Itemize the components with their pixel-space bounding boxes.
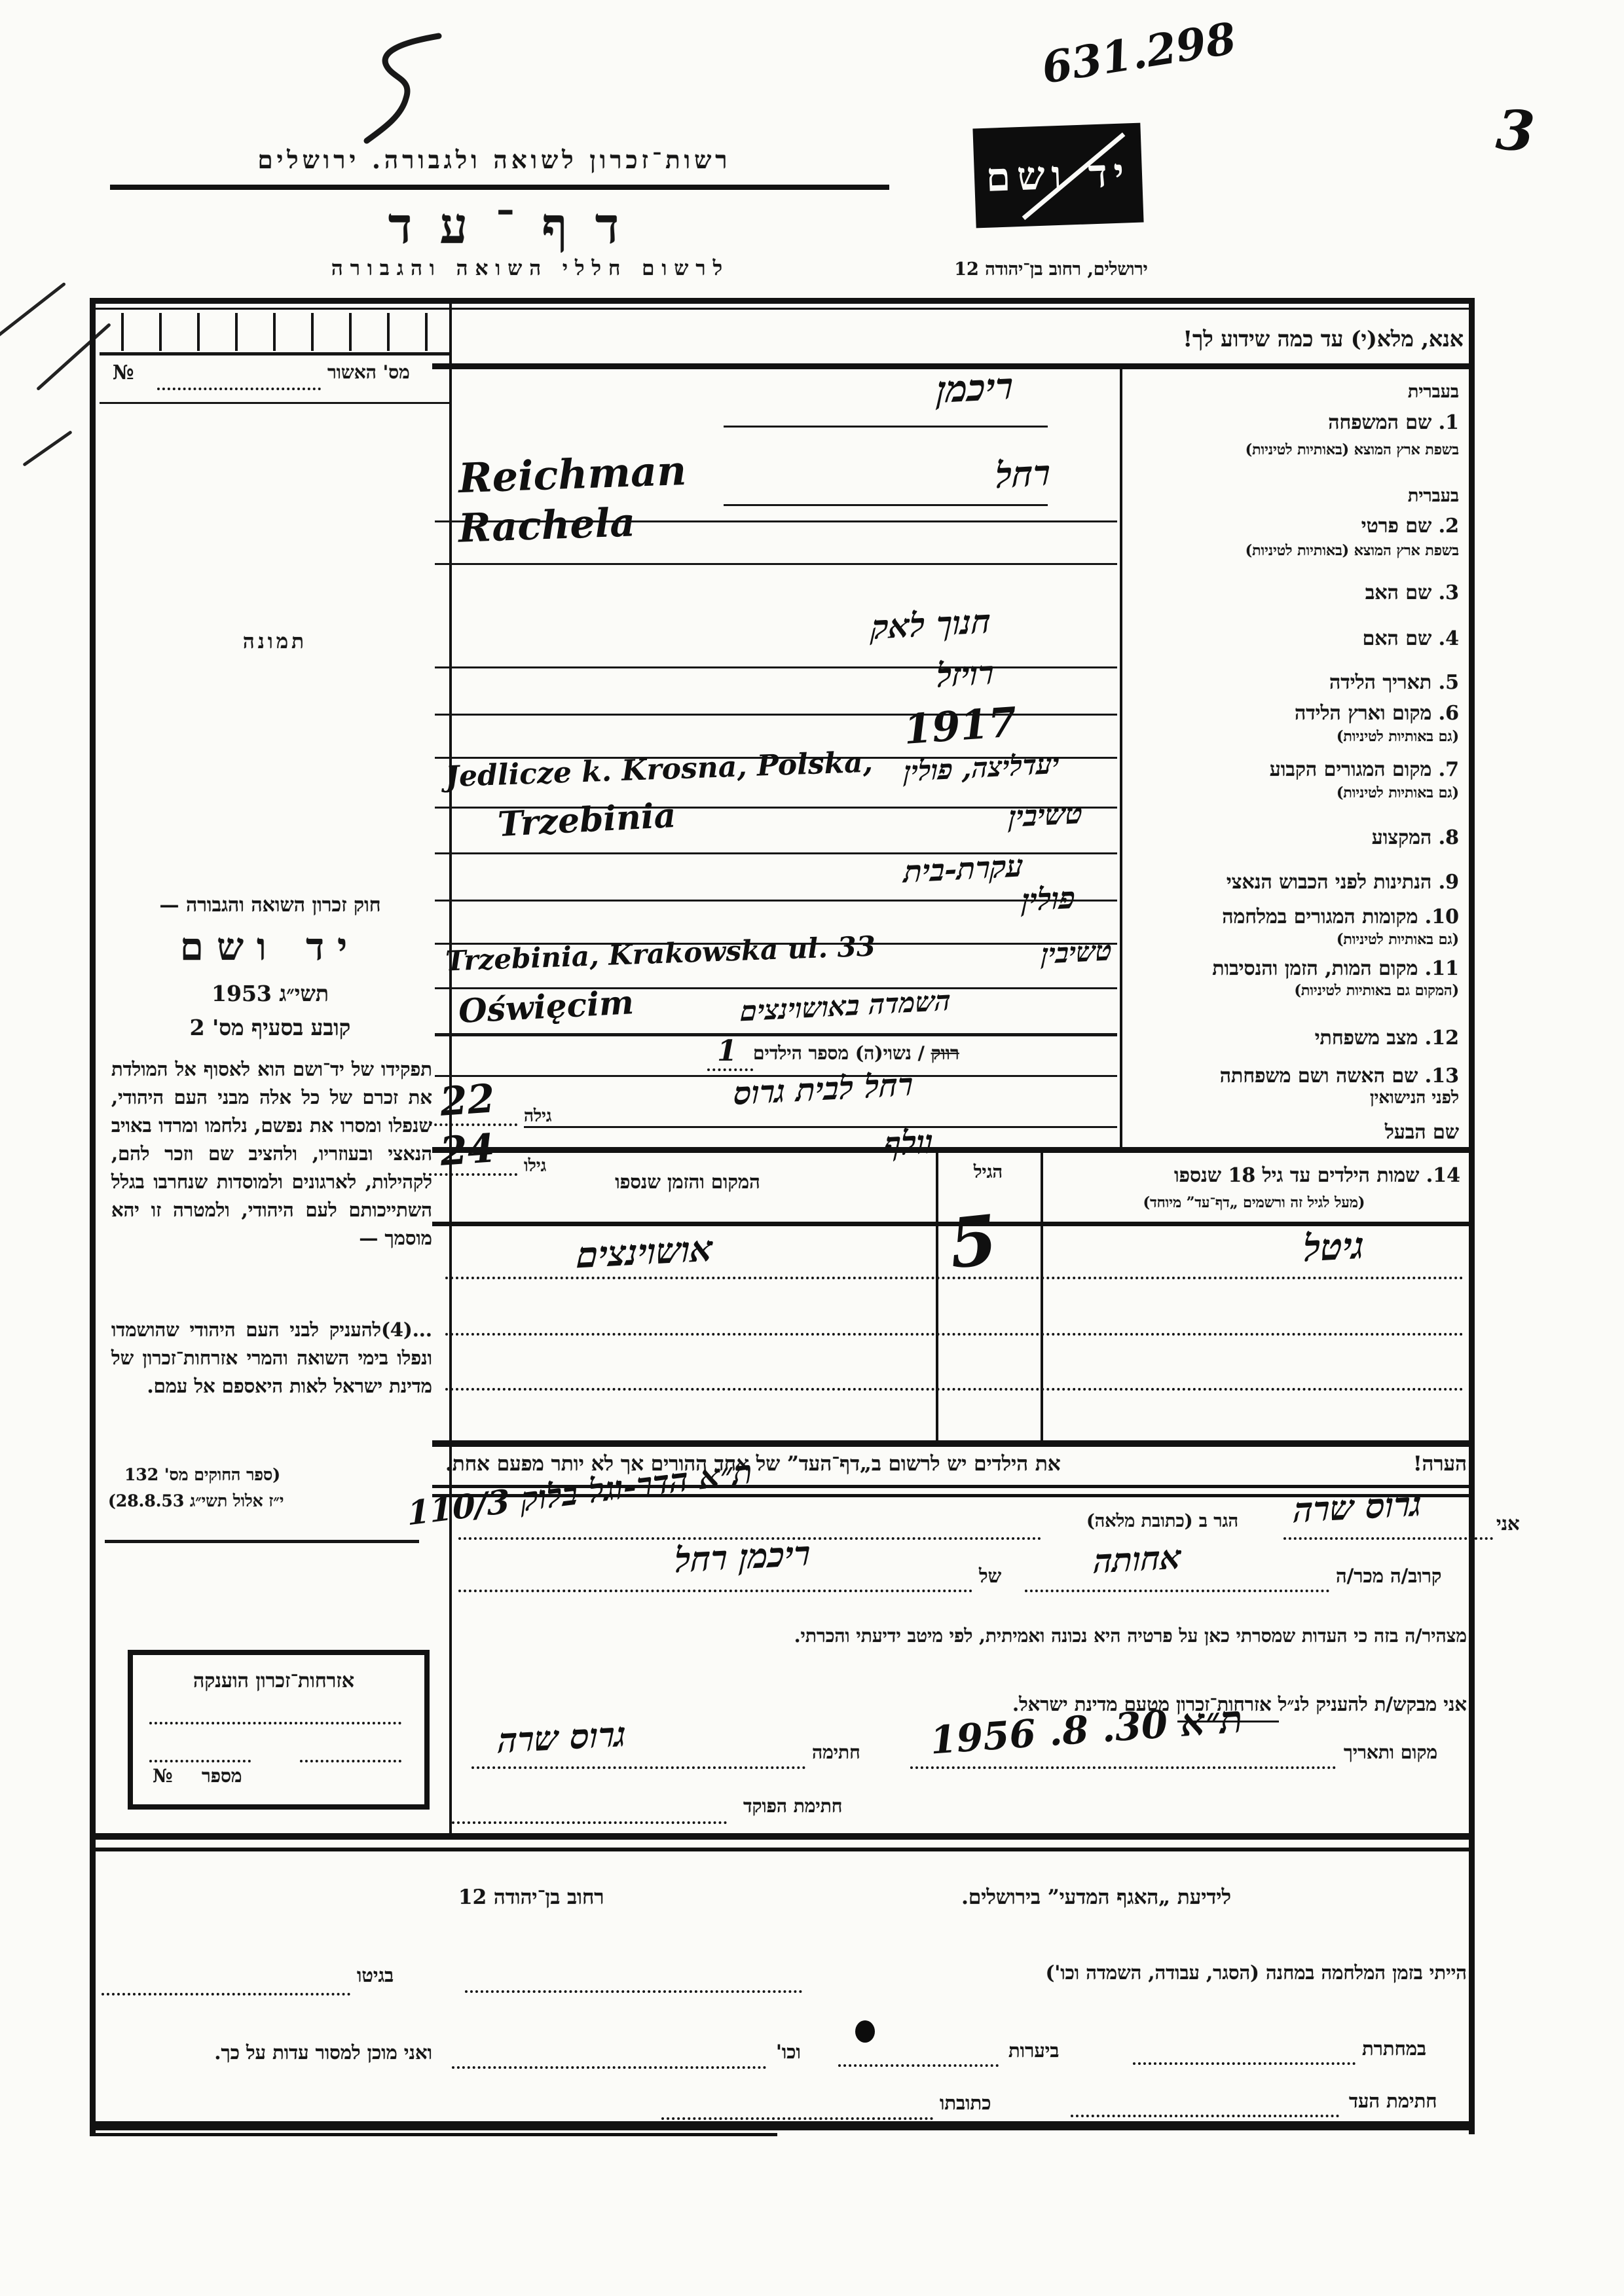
form-title: דף־עד xyxy=(314,196,720,255)
family-name-latin-handwriting: Reichman xyxy=(458,446,688,502)
children-table-bottom-rule xyxy=(432,1440,1473,1447)
marital-married-option: נשוי(ה) xyxy=(855,1042,912,1064)
declarant-name-blank xyxy=(1283,1537,1493,1540)
scientific-branch-info: לידיעת „האגף המדעי” בירושלים. רחוב בן־יה… xyxy=(458,1886,1231,1909)
field3-label: 3. שם האב xyxy=(1124,581,1459,604)
wartime-residence-latin-handwriting: Trzebinia, Krakowska ul. 33 xyxy=(445,930,876,977)
authority-name: רשות־זכרון לשואה ולגבורה. ירושלים xyxy=(144,145,845,175)
wife-name-handwriting: רחל לבית גרוס xyxy=(733,1066,914,1113)
left-column-divider xyxy=(449,298,452,1836)
box-border-bottom xyxy=(90,2121,1475,2130)
wartime-residence-hebrew-handwriting: טשיבין xyxy=(1041,934,1113,971)
citizenship-blank-3 xyxy=(300,1760,401,1762)
age-column-header: הגיל xyxy=(936,1162,1041,1182)
witness-signature-label: חתימת העד xyxy=(1349,2090,1437,2113)
witness-underground-label: במחתרת xyxy=(1362,2037,1426,2060)
citizenship-handwriting: פולין xyxy=(1021,880,1077,919)
marital-slash: / xyxy=(918,1042,925,1064)
number-comb xyxy=(121,313,429,351)
birth-year-handwriting: 1917 xyxy=(902,698,1018,754)
relation-label: קרוב/ה מכר/ה xyxy=(1336,1565,1441,1588)
field11-sublabel: (המקום גם באותיות לטיניות) xyxy=(1124,982,1459,999)
first-name-latin-handwriting: Rachela xyxy=(458,500,636,551)
field4-label: 4. שם האם xyxy=(1124,627,1459,650)
field2-label: 2. שם פרטי xyxy=(1124,515,1459,538)
profession-handwriting: עקרת-בית xyxy=(903,848,1024,890)
box-border-top xyxy=(90,298,1475,304)
form-subtitle: לרשום חללי השואה והגבורה xyxy=(236,257,825,280)
witness-address-label: כתובתו xyxy=(940,2092,991,2115)
family-name-hebrew-handwriting: ריכמן xyxy=(935,365,1014,412)
law-source-line-2: י״ז אלול תשי״ג 28.8.53) xyxy=(108,1491,284,1511)
mother-name-handwriting: רויזל xyxy=(936,653,995,695)
death-place-latin-handwriting: Oświęcim xyxy=(458,983,635,1030)
rule-f3 xyxy=(435,666,1117,668)
field1-label: 1. שם המשפחה xyxy=(1124,411,1459,434)
children-table-top-rule xyxy=(432,1147,1473,1153)
field10-label: 10. מקומות המגורים במלחמה xyxy=(1124,905,1459,928)
rule-f13 xyxy=(524,1126,1117,1128)
of-label: של xyxy=(979,1565,1001,1588)
victim-name-handwriting: ריכמן רחל xyxy=(674,1533,811,1580)
official-signature-label: חתימת הפוקד xyxy=(743,1795,842,1817)
children-count-handwriting: 1 xyxy=(717,1034,737,1068)
field13-label: 13. שם האשה ושם משפחתה xyxy=(1124,1065,1459,1087)
law-title: חוק זכרון השואה והגבורה — xyxy=(108,894,432,917)
witness-signature-blank xyxy=(1071,2115,1339,2117)
field7-label: 7. מקום המגורים הקבוע xyxy=(1124,758,1459,781)
rule-f1-hebrew xyxy=(724,426,1048,428)
field6-label: 6. מקום וארץ הלידה xyxy=(1124,702,1459,725)
testimony-page-scan: 631.298 3 רשות־זכרון לשואה ולגבורה. ירוש… xyxy=(0,0,1624,2296)
approval-number-label: מס' האשור xyxy=(327,361,410,384)
witness-ghetto-blank xyxy=(101,1993,350,1995)
field7-sublabel: (גם באותיות לטיניות) xyxy=(1124,784,1459,801)
page-number-handwriting: 3 xyxy=(1494,97,1537,164)
wife-age-label: גילה xyxy=(524,1106,552,1126)
rule-f11 xyxy=(435,1033,1117,1036)
rule-f8 xyxy=(435,900,1117,902)
declarant-name-handwriting: גרוס שרה xyxy=(1293,1484,1423,1531)
margin-scribble xyxy=(0,282,66,354)
law-logo-text: יד ושם xyxy=(108,924,432,969)
field2-pre-label: בעברית xyxy=(1124,486,1459,506)
child-age-handwriting: 5 xyxy=(946,1199,1001,1285)
first-name-hebrew-handwriting: רחל xyxy=(994,452,1051,497)
witness-forests-blank xyxy=(838,2064,999,2067)
signature-label: חתימה xyxy=(812,1741,860,1764)
box-border-right xyxy=(1469,298,1475,2134)
children-count-blank xyxy=(707,1068,753,1071)
citizenship-number-sign: № xyxy=(153,1765,172,1787)
field11-label: 11. מקום המות, הזמן והנסיבות xyxy=(1124,957,1459,980)
office-address: ירושלים, רחוב בן־יהודה 12 xyxy=(943,259,1159,280)
approval-number-blank xyxy=(157,388,321,390)
field1-sublabel: בשפת ארץ המוצא (באותיות לטיניות) xyxy=(1124,441,1459,458)
residing-label: הגר ב (כתובת מלאה) xyxy=(1048,1511,1277,1531)
witness-etc-label: וכו' xyxy=(776,2041,801,2064)
margin-scribble xyxy=(22,430,73,467)
children-row-line-3 xyxy=(445,1388,1464,1391)
photo-placeholder-label: תמונה xyxy=(190,630,360,653)
witness-underground-blank xyxy=(1133,2062,1356,2065)
place-date-label: מקום ותאריך xyxy=(1344,1741,1437,1764)
child-place-handwriting: אושוינצים xyxy=(575,1227,713,1276)
birthplace-hebrew-handwriting: יעדליצה, פולין xyxy=(903,748,1060,789)
citizenship-number-label: מספר xyxy=(202,1765,242,1787)
witness-forests-label: ביערות xyxy=(1008,2039,1059,2062)
witness-ghetto-label: בגיטו xyxy=(357,1964,394,1987)
ink-blot xyxy=(855,2020,875,2043)
relation-blank xyxy=(1025,1590,1329,1592)
death-place-hebrew-handwriting: השמדה באושוינצים xyxy=(739,984,951,1028)
place-date-blank xyxy=(910,1766,1336,1769)
header-rule xyxy=(110,185,889,190)
citizenship-granted-title: אזרחות־זכרון הוענקה xyxy=(139,1669,408,1692)
field8-label: 8. המקצוע xyxy=(1124,826,1459,849)
children-row-line-2 xyxy=(445,1333,1464,1336)
children-section-sublabel: (מעל לגיל זה ורשמים „דף־עד” מיוחד) xyxy=(1048,1194,1460,1211)
husband-label: שם הבעל xyxy=(1124,1121,1459,1144)
field2-sublabel: בשפת ארץ המוצא (באותיות לטיניות) xyxy=(1124,542,1459,559)
witness-address-blank xyxy=(661,2117,933,2120)
declarant-i-label: אני xyxy=(1496,1512,1520,1535)
box-border-bottom-echo xyxy=(90,2133,777,2136)
comb-underline xyxy=(100,352,449,355)
field13-sublabel: לפני הנישואין xyxy=(1124,1088,1459,1108)
box-border-left xyxy=(90,298,96,2134)
yad-vashem-logo-text: יד ושם xyxy=(985,150,1131,201)
law-paragraph-2: ...(4)להעניק לבני העם היהודי שהושמדו ונפ… xyxy=(111,1316,432,1400)
field12-label: 12. מצב משפחתי xyxy=(1124,1027,1459,1049)
children-count-label: מספר הילדים xyxy=(753,1042,849,1064)
children-section-label: 14. שמות הילדים עד גיל 18 שנספו xyxy=(1048,1164,1460,1187)
witness-ready-statement: ואני מוכן למסור עדות על כך. xyxy=(98,2041,432,2064)
stray-pen-mark xyxy=(341,26,458,151)
law-section: קובע בסעיף מס' 2 xyxy=(108,1015,432,1041)
marital-status-printed: רווק / נשוי(ה) מספר הילדים xyxy=(753,1042,959,1065)
law-year: תשי״ג 1953 xyxy=(108,981,432,1007)
victim-name-blank xyxy=(458,1590,972,1592)
marital-single-option: רווק xyxy=(931,1042,959,1064)
relation-handwriting: אחותה xyxy=(1093,1537,1183,1580)
signature-handwriting: גרוס שרה xyxy=(497,1715,627,1762)
witness-etc-blank xyxy=(452,2066,766,2069)
law-paragraph-1: תפקידו של יד־ושם הוא לאסוף אל המולדת את … xyxy=(111,1055,432,1252)
approval-number-sign: № xyxy=(113,361,134,384)
label-column-divider xyxy=(1120,367,1122,1147)
children-row-line-1 xyxy=(445,1277,1464,1279)
box-border-top-inner xyxy=(90,308,1475,310)
law-source-line-1: (ספר החוקים מס' 132 xyxy=(124,1465,280,1485)
age-column-line-left xyxy=(936,1149,938,1444)
note-text: את הילדים יש לרשום ב„דף־העד” של אחד ההור… xyxy=(445,1452,1061,1476)
fill-instruction: אנא, מלא(י) עד כמה שידוע לך! xyxy=(982,326,1464,352)
citizenship-blank-2 xyxy=(149,1760,251,1762)
margin-scribble xyxy=(36,323,111,391)
field6-sublabel: (גם באותיות לטיניות) xyxy=(1124,728,1459,745)
residence-latin-handwriting: Trzebinia xyxy=(497,795,677,845)
yad-vashem-logo: יד ושם xyxy=(972,123,1143,228)
field10-sublabel: (גם באותיות לטיניות) xyxy=(1124,931,1459,948)
child-name-handwriting: גיטל xyxy=(1302,1224,1365,1270)
residence-hebrew-handwriting: טשיבין xyxy=(1008,797,1084,834)
section-separator-rule-1 xyxy=(90,1833,1475,1840)
witness-camp-blank xyxy=(465,1990,802,1993)
rule-f2-hebrew xyxy=(724,504,1048,506)
husband-name-handwriting: וולף xyxy=(883,1122,934,1163)
citizenship-blank-1 xyxy=(149,1722,401,1724)
citizenship-granted-box: אזרחות־זכרון הוענקה № מספר xyxy=(128,1650,430,1810)
field5-label: 5. תאריך הלידה xyxy=(1124,671,1459,694)
field9-label: 9. הנתינות לפני הכבוש הנאצי xyxy=(1124,871,1459,894)
scientific-branch-address: רחוב בן־יהודה 12 xyxy=(458,1886,604,1909)
scientific-branch-text: לידיעת „האגף המדעי” בירושלים. xyxy=(961,1886,1231,1909)
section-separator-rule-2 xyxy=(90,1848,1475,1851)
note-title: הערה! xyxy=(1413,1452,1467,1476)
declaration-statement: מצהיר/ה בזה כי העדות שמסרתי כאן על פרטיה… xyxy=(458,1625,1467,1647)
archive-number-handwriting: 631.298 xyxy=(1039,12,1240,94)
age-column-line-right xyxy=(1041,1149,1043,1444)
field1-pre-label: בעברית xyxy=(1124,382,1459,402)
witness-camp-line: הייתי בזמן המלחמה במחנה (הסגר, עבודה, הש… xyxy=(812,1961,1467,1984)
approval-underline xyxy=(100,402,449,404)
signature-blank xyxy=(471,1766,805,1769)
birthplace-latin-handwriting: Jedlicze k. Krosna, Polska, xyxy=(445,746,873,794)
law-block-underline xyxy=(105,1540,419,1543)
father-name-handwriting: חנוך לאק xyxy=(870,602,992,647)
official-signature-blank xyxy=(452,1821,727,1824)
rule-f2-latin xyxy=(435,563,1117,565)
place-column-header: המקום והזמן שנספו xyxy=(458,1171,917,1194)
wife-age-handwriting: 22 xyxy=(439,1076,496,1125)
